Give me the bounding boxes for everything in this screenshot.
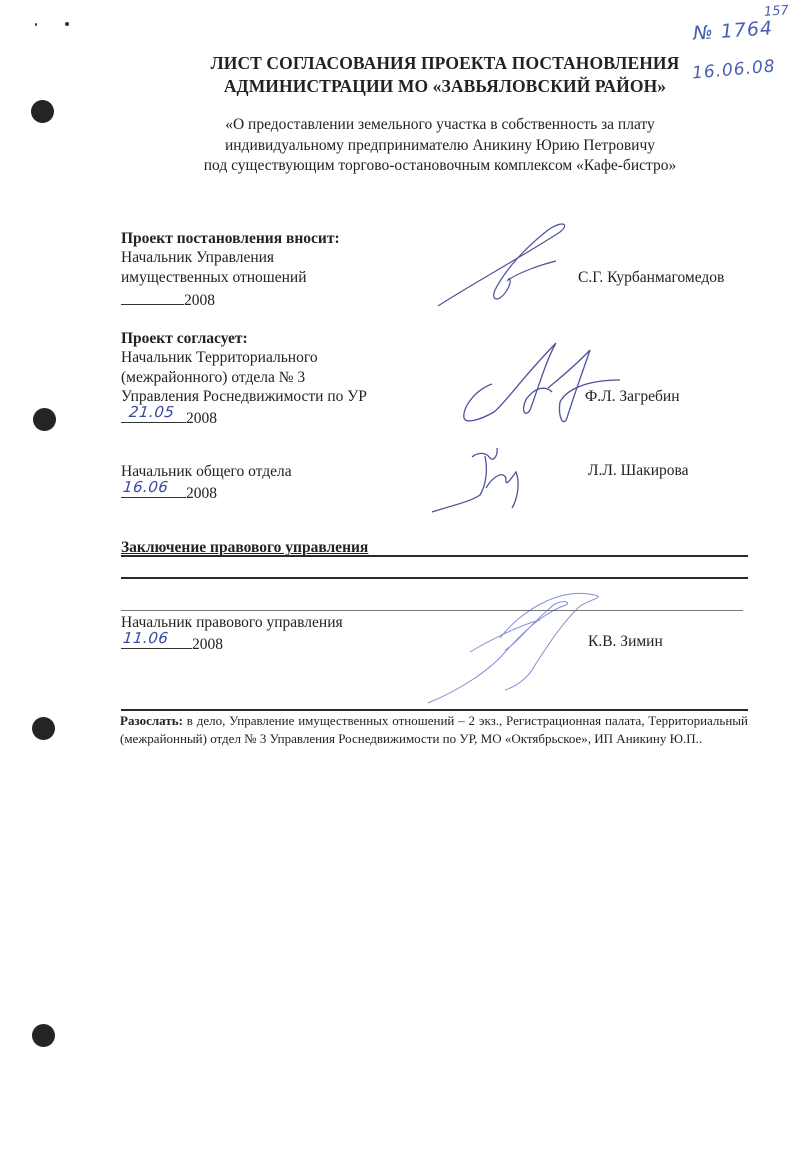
distribution-label: Разослать: (120, 713, 183, 728)
distribution-text: в дело, Управление имущественных отношен… (120, 713, 748, 746)
distribution-list: Разослать: в дело, Управление имуществен… (120, 712, 748, 748)
signature-zimin (0, 0, 800, 1150)
separator-line (121, 709, 748, 711)
